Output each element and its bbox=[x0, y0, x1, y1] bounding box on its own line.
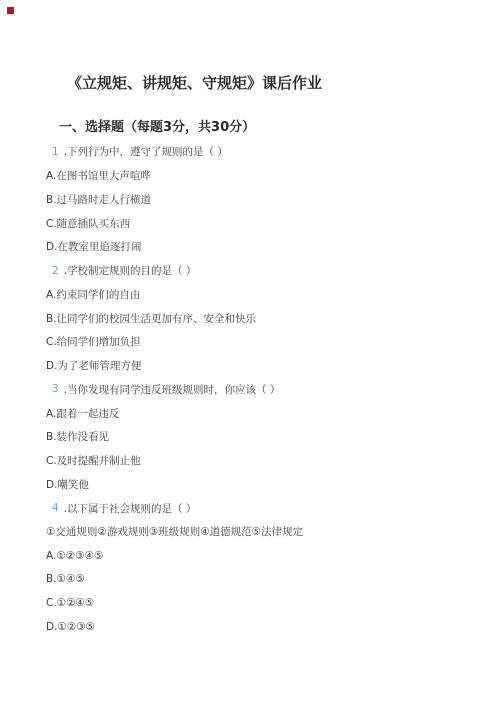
question-3-option-a: A.跟着一起违反 bbox=[46, 401, 490, 425]
question-2-option-d: D.为了老师管理方便 bbox=[46, 354, 490, 378]
question-4-number: 4 bbox=[52, 502, 59, 514]
section-heading: 一、选择题（每题3分，共30分） bbox=[59, 116, 255, 135]
question-2-option-a: A.约束同学们的自由 bbox=[46, 283, 490, 307]
question-3-number: 3 bbox=[52, 383, 59, 395]
question-4-text: .以下属于社会规则的是（ ） bbox=[64, 501, 197, 516]
questions-area: 1 .下列行为中，遵守了规则的是（ ） A.在图书馆里大声喧哗 B.过马路时走人… bbox=[46, 140, 490, 639]
question-4-option-a: A.①②③④⑤ bbox=[46, 544, 490, 568]
question-1-line: 1 .下列行为中，遵守了规则的是（ ） bbox=[46, 140, 490, 164]
question-1-number: 1 bbox=[52, 146, 59, 158]
question-3-option-d: D.嘲笑他 bbox=[46, 473, 490, 497]
question-1-option-a: A.在图书馆里大声喧哗 bbox=[46, 164, 490, 188]
document-page: 《立规矩、讲规矩、守规矩》课后作业 一、选择题（每题3分，共30分） 1 .下列… bbox=[0, 0, 500, 707]
page-title: 《立规矩、讲规矩、守规矩》课后作业 bbox=[67, 72, 322, 93]
question-2-option-b: B.让同学们的校园生活更加有序、安全和快乐 bbox=[46, 306, 490, 330]
question-1-text: .下列行为中，遵守了规则的是（ ） bbox=[64, 144, 228, 159]
question-4-sub-items: ①交通规则②游戏规则③班级规则④道德规范⑤法律规定 bbox=[46, 520, 490, 544]
question-1-option-c: C.随意插队买东西 bbox=[46, 211, 490, 235]
question-3-option-c: C.及时提醒并制止他 bbox=[46, 449, 490, 473]
question-2-number: 2 bbox=[52, 265, 59, 277]
question-1-option-b: B.过马路时走人行横道 bbox=[46, 188, 490, 212]
question-2-text: .学校制定规则的目的是（ ） bbox=[64, 263, 197, 278]
question-2-line: 2 .学校制定规则的目的是（ ） bbox=[46, 259, 490, 283]
question-1-option-d: D.在教室里追逐打闹 bbox=[46, 235, 490, 259]
question-2-option-c: C.给同学们增加负担 bbox=[46, 330, 490, 354]
question-3-option-b: B.装作没看见 bbox=[46, 425, 490, 449]
question-4-line: 4 .以下属于社会规则的是（ ） bbox=[46, 496, 490, 520]
question-3-line: 3 .当你发现有同学违反班级规则时，你应该（ ） bbox=[46, 378, 490, 402]
question-4-option-c: C.①②④⑤ bbox=[46, 591, 490, 615]
question-4-option-b: B.①④⑤ bbox=[46, 568, 490, 592]
question-3-text: .当你发现有同学违反班级规则时，你应该（ ） bbox=[64, 382, 281, 397]
red-corner-marker bbox=[7, 7, 14, 14]
question-4-option-d: D.①②③⑤ bbox=[46, 615, 490, 639]
